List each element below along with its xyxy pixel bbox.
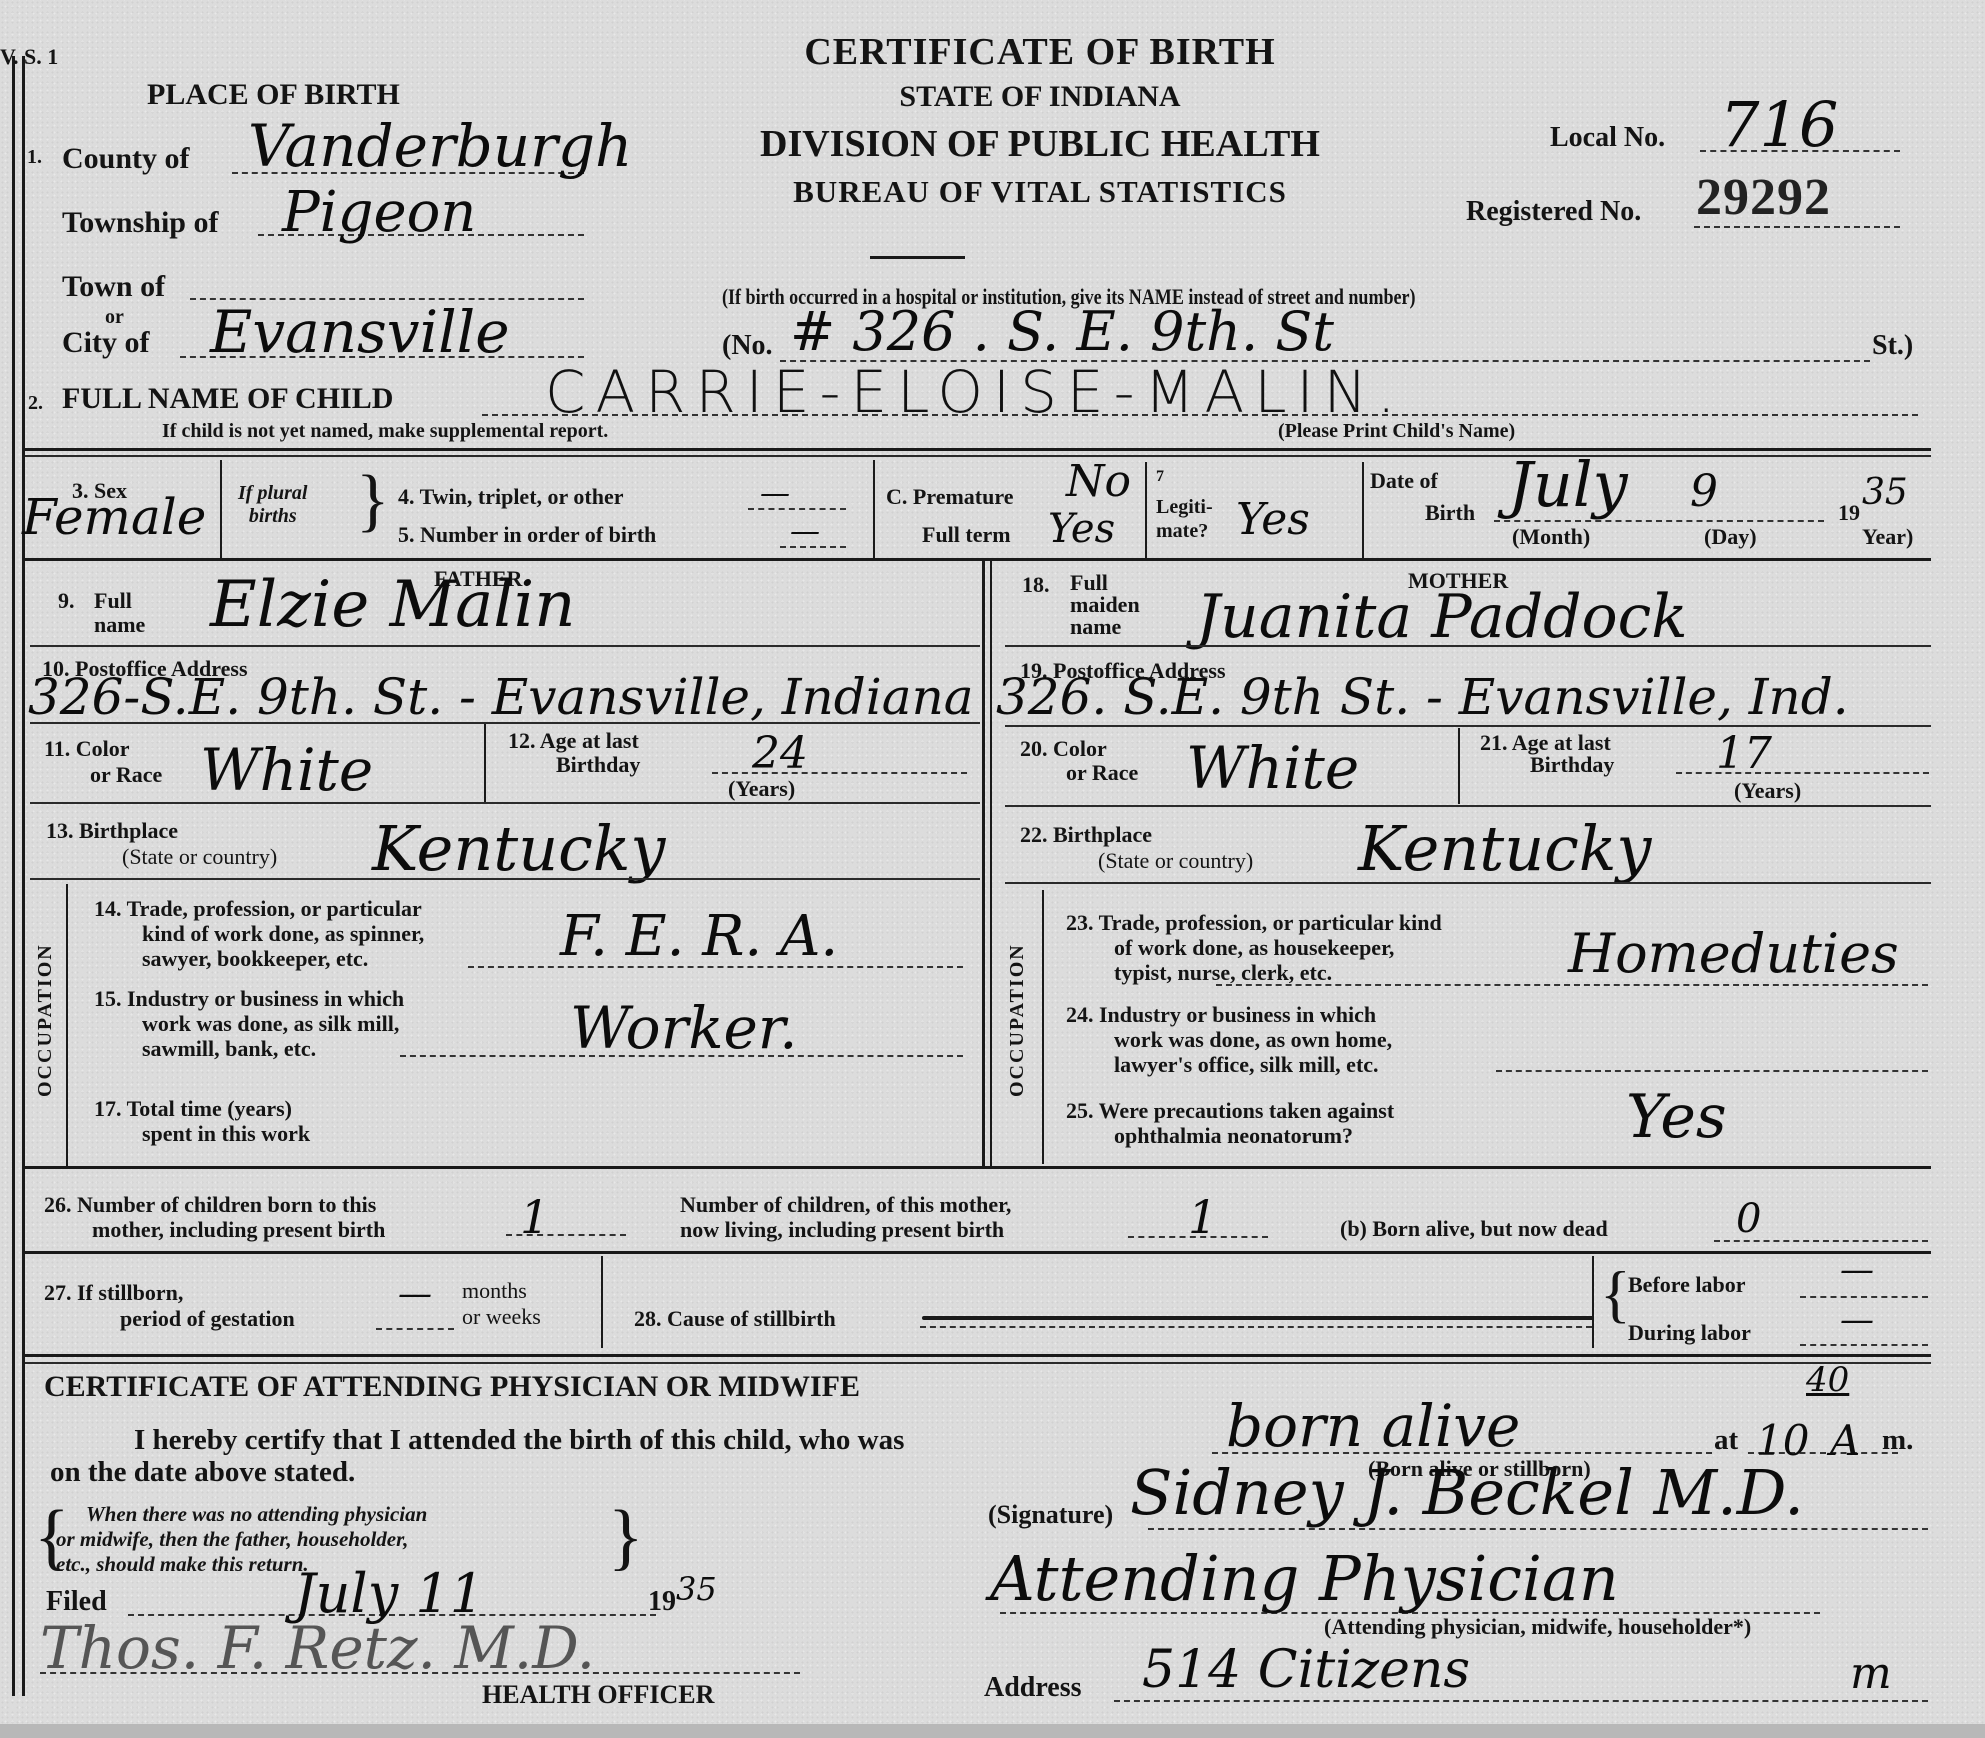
premature-label: C. Premature — [886, 484, 1013, 510]
legit-label-2: mate? — [1156, 520, 1208, 543]
street-suffix: St.) — [1872, 330, 1913, 362]
mother-age-label-2: Birthday — [1530, 752, 1614, 778]
print-name-note: (Please Print Child's Name) — [1278, 420, 1515, 443]
full-term-label: Full term — [922, 522, 1011, 548]
children-living-value: 1 — [1188, 1190, 1217, 1244]
mother-name-label-2: maiden — [1070, 594, 1140, 616]
mother-color-label-1: 20. Color — [1020, 736, 1107, 762]
certificate-title: CERTIFICATE OF BIRTH — [700, 30, 1380, 74]
children-living-label-2: now living, including present birth — [680, 1217, 1011, 1242]
attendant-heading: CERTIFICATE OF ATTENDING PHYSICIAN OR MI… — [44, 1370, 860, 1404]
mother-occupation-divider — [1042, 890, 1044, 1164]
father-occupation-divider — [66, 884, 68, 1166]
header-divider — [870, 256, 965, 259]
mother-ophthalmia-label: 25. Were precautions taken against ophth… — [1066, 1098, 1394, 1148]
divider-plural — [873, 460, 875, 560]
item-2-number: 2. — [28, 392, 43, 415]
physician-signature: Sidney J. Beckel M.D. — [1130, 1456, 1804, 1529]
father-birthplace-value: Kentucky — [372, 812, 665, 885]
children-born-label-2: mother, including present birth — [44, 1217, 385, 1242]
division-title: DIVISION OF PUBLIC HEALTH — [700, 122, 1380, 166]
father-industry-label-3: sawmill, bank, etc. — [94, 1036, 404, 1061]
birth-time-ampm: A — [1830, 1416, 1860, 1465]
father-age-label-2: Birthday — [556, 752, 640, 778]
rule-after-children — [25, 1251, 1931, 1254]
township-value: Pigeon — [282, 180, 476, 245]
registered-no-label: Registered No. — [1466, 196, 1641, 228]
mother-color-label-2: or Race — [1066, 760, 1138, 786]
twin-value: — — [760, 476, 790, 511]
attendant-address-value: 514 Citizens — [1142, 1640, 1470, 1700]
bureau-title: BUREAU OF VITAL STATISTICS — [700, 174, 1380, 210]
father-birthplace-label-2: (State or country) — [122, 844, 277, 870]
mother-name-label-1: Full — [1070, 572, 1140, 594]
attendant-title-value: Attending Physician — [990, 1542, 1619, 1615]
signature-label: (Signature) — [988, 1500, 1113, 1530]
father-name-label-2: name — [94, 612, 145, 638]
health-officer-signature: Thos. F. Retz. M.D. — [40, 1614, 595, 1682]
mother-industry-line — [1496, 1070, 1928, 1072]
during-labor-line — [1800, 1344, 1928, 1346]
not-named-note: If child is not yet named, make suppleme… — [162, 420, 608, 443]
filed-year-prefix: 19 — [648, 1586, 676, 1618]
form-code: V. S. 1 — [0, 44, 58, 70]
children-living-label-1: Number of children, of this mother, — [680, 1192, 1011, 1217]
rule-mother-birthplace — [1005, 882, 1931, 884]
mother-color-value: White — [1186, 734, 1359, 802]
birth-year-value: 35 — [1862, 472, 1908, 513]
gestation-unit-1: months — [462, 1278, 527, 1304]
father-industry-label-1: 15. Industry or business in which — [94, 986, 404, 1011]
plural-births-label: If plural births — [238, 482, 307, 528]
father-color-value: White — [200, 736, 373, 804]
certify-text: I hereby certify that I attended the bir… — [134, 1424, 904, 1457]
local-no-value: 716 — [1720, 88, 1838, 161]
date-label-2: Birth — [1425, 500, 1475, 526]
children-dead-label: (b) Born alive, but now dead — [1340, 1216, 1608, 1242]
sex-value: Female — [22, 488, 206, 546]
children-born-label-1: 26. Number of children born to this — [44, 1192, 385, 1217]
father-mother-divider-outer — [982, 560, 985, 1168]
birth-month-value: July — [1508, 448, 1628, 521]
city-label: City of — [62, 326, 149, 360]
mother-ophthalmia-label-2: ophthalmia neonatorum? — [1066, 1123, 1394, 1148]
father-color-label-1: 11. Color — [44, 736, 130, 762]
plural-label-line-2: births — [238, 505, 307, 528]
street-value: # 326 . S. E. 9th. St — [790, 300, 1334, 363]
no-physician-note-2: or midwife, then the father, householder… — [56, 1527, 427, 1552]
rule-after-birth-details — [25, 558, 1931, 561]
city-value: Evansville — [210, 298, 510, 366]
rule-mother-color — [1005, 805, 1931, 807]
legit-value: Yes — [1236, 494, 1310, 545]
father-name-label-1: Full — [94, 588, 132, 614]
mother-industry-label-3: lawyer's office, silk mill, etc. — [1066, 1052, 1392, 1077]
stillbirth-cause-dash — [922, 1316, 1594, 1320]
father-time-label-1: 17. Total time (years) — [94, 1096, 310, 1121]
mother-trade-value: Homeduties — [1568, 922, 1899, 985]
mother-name-value: Juanita Paddock — [1196, 582, 1688, 652]
attendant-title-caption: (Attending physician, midwife, household… — [1324, 1614, 1751, 1640]
full-term-value: Yes — [1048, 506, 1115, 552]
father-time-label-2: spent in this work — [94, 1121, 310, 1146]
before-labor-line — [1800, 1296, 1928, 1298]
month-caption: (Month) — [1512, 524, 1590, 550]
township-label: Township of — [62, 206, 218, 240]
mother-age-caption: (Years) — [1734, 778, 1801, 804]
father-trade-label-2: kind of work done, as spinner, — [94, 921, 424, 946]
children-dead-value: 0 — [1736, 1196, 1761, 1242]
county-label: County of — [62, 142, 190, 176]
rule-father-birthplace — [30, 878, 980, 880]
before-labor-label: Before labor — [1628, 1272, 1746, 1298]
legit-number: 7 — [1156, 468, 1164, 486]
father-industry-label: 15. Industry or business in which work w… — [94, 986, 404, 1061]
time-suffix: m. — [1882, 1424, 1913, 1457]
town-label: Town of — [62, 270, 165, 304]
birth-certificate-page: V. S. 1 PLACE OF BIRTH CERTIFICATE OF BI… — [0, 0, 1985, 1738]
rule-after-name-2 — [25, 455, 1931, 457]
father-age-label-1: 12. Age at last — [508, 728, 639, 754]
filed-year-value: 35 — [676, 1570, 717, 1608]
rule-father-name — [30, 645, 980, 647]
divider-sex — [220, 460, 222, 560]
birth-time-minutes: 40 — [1806, 1360, 1849, 1400]
divider-premature — [1145, 462, 1147, 558]
attendant-address-suffix: m — [1850, 1648, 1892, 1699]
rule-after-occupation — [25, 1166, 1931, 1169]
item-1-number: 1. — [27, 146, 42, 169]
birth-year-prefix: 19 — [1838, 500, 1860, 526]
stillbirth-cause-line — [920, 1326, 1592, 1328]
date-label-1: Date of — [1370, 468, 1438, 494]
left-border-outer — [12, 56, 15, 1696]
at-label: at — [1714, 1424, 1738, 1457]
father-industry-label-2: work was done, as silk mill, — [94, 1011, 404, 1036]
rule-before-attendant-2 — [25, 1362, 1931, 1364]
mother-age-value: 17 — [1716, 728, 1772, 779]
father-birthplace-label-1: 13. Birthplace — [46, 818, 178, 844]
labor-brace: { — [1600, 1262, 1631, 1326]
father-trade-value: F. E. R. A. — [560, 904, 838, 969]
mother-trade-label: 23. Trade, profession, or particular kin… — [1066, 910, 1442, 985]
children-living-label: Number of children, of this mother, now … — [680, 1192, 1011, 1242]
father-age-caption: (Years) — [728, 776, 795, 802]
divider-mother-color — [1458, 728, 1460, 804]
attendant-address-line — [1114, 1700, 1928, 1702]
plural-label-line-1: If plural — [238, 482, 307, 505]
mother-name-label: Full maiden name — [1070, 572, 1140, 638]
rule-mother-name — [1005, 645, 1931, 647]
father-name-number: 9. — [58, 588, 75, 614]
rule-mother-address — [1005, 725, 1931, 727]
plural-brace: } — [356, 466, 390, 536]
father-trade-label-1: 14. Trade, profession, or particular — [94, 896, 424, 921]
health-officer-caption: HEALTH OFFICER — [482, 1680, 714, 1710]
child-name-value: CARRIE-ELOISE-MALIN. — [545, 358, 1405, 426]
gestation-value: — — [398, 1274, 432, 1314]
place-of-birth-heading: PLACE OF BIRTH — [147, 78, 400, 112]
during-labor-label: During labor — [1628, 1320, 1751, 1346]
mother-trade-label-1: 23. Trade, profession, or particular kin… — [1066, 910, 1442, 935]
rule-father-address — [30, 722, 980, 724]
mother-name-label-3: name — [1070, 616, 1140, 638]
header-titles: CERTIFICATE OF BIRTH STATE OF INDIANA DI… — [700, 30, 1380, 210]
father-address-value: 326-S.E. 9th. St. - Evansville, Indiana — [28, 668, 974, 726]
mother-industry-label: 24. Industry or business in which work w… — [1066, 1002, 1392, 1077]
order-label: 5. Number in order of birth — [398, 522, 656, 548]
mother-trade-label-3: typist, nurse, clerk, etc. — [1066, 960, 1442, 985]
mother-trade-label-2: of work done, as housekeeper, — [1066, 935, 1442, 960]
father-mother-divider-inner — [990, 560, 992, 1168]
mother-industry-label-1: 24. Industry or business in which — [1066, 1002, 1392, 1027]
gestation-line — [376, 1328, 454, 1330]
mother-birthplace-label-2: (State or country) — [1098, 848, 1253, 874]
father-color-label-2: or Race — [90, 762, 162, 788]
rule-before-attendant-1 — [25, 1354, 1931, 1357]
during-labor-value: — — [1840, 1300, 1874, 1340]
mother-name-number: 18. — [1022, 572, 1050, 598]
mother-ophthalmia-label-1: 25. Were precautions taken against — [1066, 1098, 1394, 1123]
father-trade-label: 14. Trade, profession, or particular kin… — [94, 896, 424, 971]
father-occupation-side-label: OCCUPATION — [34, 920, 57, 1120]
father-age-line — [712, 772, 967, 774]
twin-label: 4. Twin, triplet, or other — [398, 484, 623, 510]
left-border-inner — [22, 56, 25, 1696]
state-title: STATE OF INDIANA — [700, 80, 1380, 114]
father-industry-value: Worker. — [570, 994, 798, 1062]
before-labor-value: — — [1840, 1250, 1874, 1290]
mother-birthplace-value: Kentucky — [1358, 812, 1651, 885]
stillborn-label-2: period of gestation — [120, 1306, 295, 1332]
child-name-label: FULL NAME OF CHILD — [62, 382, 393, 416]
birth-status-value: born alive — [1226, 1392, 1520, 1460]
mother-ophthalmia-value: Yes — [1626, 1082, 1727, 1152]
stillborn-label-1: 27. If stillborn, — [44, 1280, 183, 1306]
local-no-label: Local No. — [1550, 122, 1665, 154]
rule-father-color — [30, 802, 980, 804]
legit-label-1: Legiti- — [1156, 496, 1213, 519]
father-age-value: 24 — [752, 728, 808, 779]
mother-industry-label-2: work was done, as own home, — [1066, 1027, 1392, 1052]
children-born-label: 26. Number of children born to this moth… — [44, 1192, 385, 1242]
registered-no-stamp: 29292 — [1696, 168, 1831, 227]
attendant-address-label: Address — [984, 1672, 1082, 1704]
mother-birthplace-label-1: 22. Birthplace — [1020, 822, 1152, 848]
stillbirth-cause-label: 28. Cause of stillbirth — [634, 1306, 836, 1332]
no-physician-note-1: When there was no attending physician — [56, 1502, 427, 1527]
birth-day-value: 9 — [1690, 466, 1718, 517]
year-caption: Year) — [1862, 524, 1913, 550]
mother-age-line — [1676, 772, 1929, 774]
father-time-label: 17. Total time (years) spent in this wor… — [94, 1096, 310, 1146]
divider-cause — [1592, 1256, 1594, 1348]
divider-legit — [1362, 462, 1364, 558]
mother-occupation-side-label: OCCUPATION — [1006, 920, 1029, 1120]
divider-stillborn — [601, 1256, 603, 1348]
day-caption: (Day) — [1704, 524, 1757, 550]
note-brace-right: } — [608, 1500, 644, 1574]
county-value: Vanderburgh — [248, 112, 632, 180]
rule-after-name — [25, 448, 1931, 451]
divider-father-color — [484, 724, 486, 802]
children-born-value: 1 — [520, 1190, 549, 1244]
page-bottom-edge — [0, 1724, 1985, 1738]
gestation-unit-2: or weeks — [462, 1304, 541, 1330]
order-value: — — [790, 514, 820, 549]
date-stated-text: on the date above stated. — [50, 1456, 355, 1489]
father-name-value: Elzie Malin — [210, 568, 575, 642]
premature-value: No — [1066, 456, 1131, 507]
mother-address-value: 326. S.E. 9th St. - Evansville, Ind. — [996, 668, 1849, 726]
father-trade-label-3: sawyer, bookkeeper, etc. — [94, 946, 424, 971]
